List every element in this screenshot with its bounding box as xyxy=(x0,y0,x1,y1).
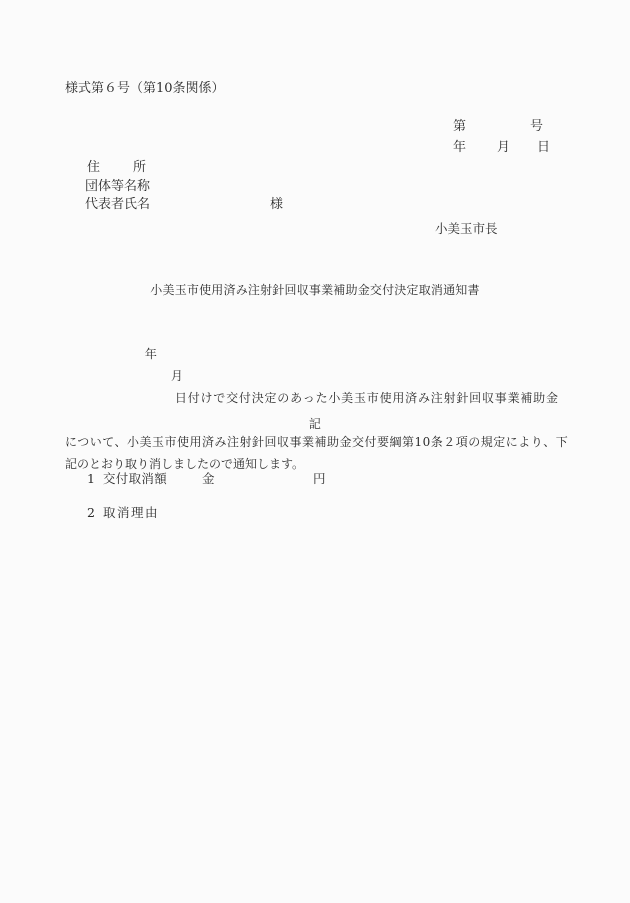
date-day-label: 日 xyxy=(537,140,550,156)
item-1-amount-prefix: 金 xyxy=(202,471,215,486)
record-marker: 記 xyxy=(0,415,630,432)
document-title: 小美玉市使用済み注射針回収事業補助金交付決定取消通知書 xyxy=(0,281,630,298)
recipient-organization-label: 団体等名称 xyxy=(85,179,150,195)
document-page: 様式第６号（第10条関係） 第 号 年 月 日 住 所 団体等名称 代表者氏名 … xyxy=(0,0,630,903)
body-paragraph: 年 月 日付けで交付決定のあった小美玉市使用済み注射針回収事業補助金 について、… xyxy=(65,321,568,475)
sender-name: 小美玉市長 xyxy=(435,221,498,236)
doc-number-prefix: 第 xyxy=(453,119,466,135)
body-line-1-text: 日付けで交付決定のあった小美玉市使用済み注射針回収事業補助金 xyxy=(175,391,559,405)
form-number: 様式第６号（第10条関係） xyxy=(65,81,225,97)
recipient-honorific: 様 xyxy=(270,197,283,213)
recipient-address-label-first: 住 xyxy=(87,160,100,176)
recipient-address-label-second: 所 xyxy=(133,160,146,176)
item-1-amount-suffix: 円 xyxy=(313,471,326,486)
body-month-label: 月 xyxy=(171,369,183,383)
doc-number-suffix: 号 xyxy=(530,119,543,135)
item-1-label: 交付取消額 xyxy=(103,471,167,486)
item-2-label: 取消理由 xyxy=(103,505,159,520)
item-2-number: 2 xyxy=(87,505,95,520)
date-month-label: 月 xyxy=(497,140,510,156)
item-1-number: 1 xyxy=(87,471,95,486)
recipient-representative-label: 代表者氏名 xyxy=(85,197,150,213)
date-year-label: 年 xyxy=(453,140,466,156)
body-line-2: について、小美玉市使用済み注射針回収事業補助金交付要綱第10条２項の規定により、… xyxy=(65,431,568,453)
body-year-label: 年 xyxy=(145,347,157,361)
